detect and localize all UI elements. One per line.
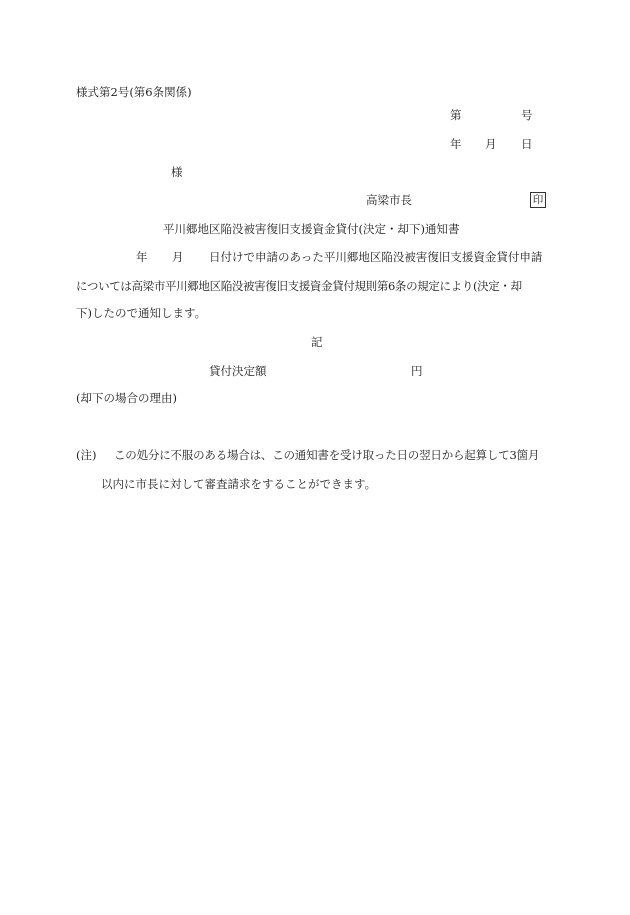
note-line-1: この処分に不服のある場合は、この通知書を受け取った日の翌日から起算して3箇月	[114, 448, 539, 462]
addressee-suffix: 様	[171, 165, 183, 179]
body-month: 月	[172, 250, 184, 264]
note-label: (注)	[76, 448, 96, 462]
doc-number-suffix: 号	[521, 108, 533, 122]
seal-stamp-icon: 印	[530, 192, 546, 208]
note-line-2: 以内に市長に対して審査請求をすることができます。	[101, 477, 376, 491]
body-line-3: 下)したので通知します。	[76, 306, 206, 320]
issuer-name: 高梁市長	[366, 193, 412, 207]
date-month: 月	[485, 137, 497, 151]
ki-heading: 記	[311, 335, 323, 349]
yen-unit: 円	[411, 364, 423, 378]
form-number: 様式第2号(第6条関係)	[76, 85, 192, 99]
rejection-reason-label: (却下の場合の理由)	[76, 391, 177, 405]
body-year: 年	[136, 250, 148, 264]
document-title: 平川郷地区陥没被害復旧支援資金貸付(決定・却下)通知書	[163, 222, 459, 236]
body-line-1: 日付けで申請のあった平川郷地区陥没被害復旧支援資金貸付申請	[209, 250, 542, 264]
doc-number-prefix: 第	[450, 108, 462, 122]
body-line-2: については高梁市平川郷地区陥没被害復旧支援資金貸付規則第6条の規定により(決定・…	[76, 279, 522, 293]
date-year: 年	[450, 137, 462, 151]
loan-amount-label: 貸付決定額	[209, 364, 267, 378]
date-day: 日	[521, 137, 533, 151]
